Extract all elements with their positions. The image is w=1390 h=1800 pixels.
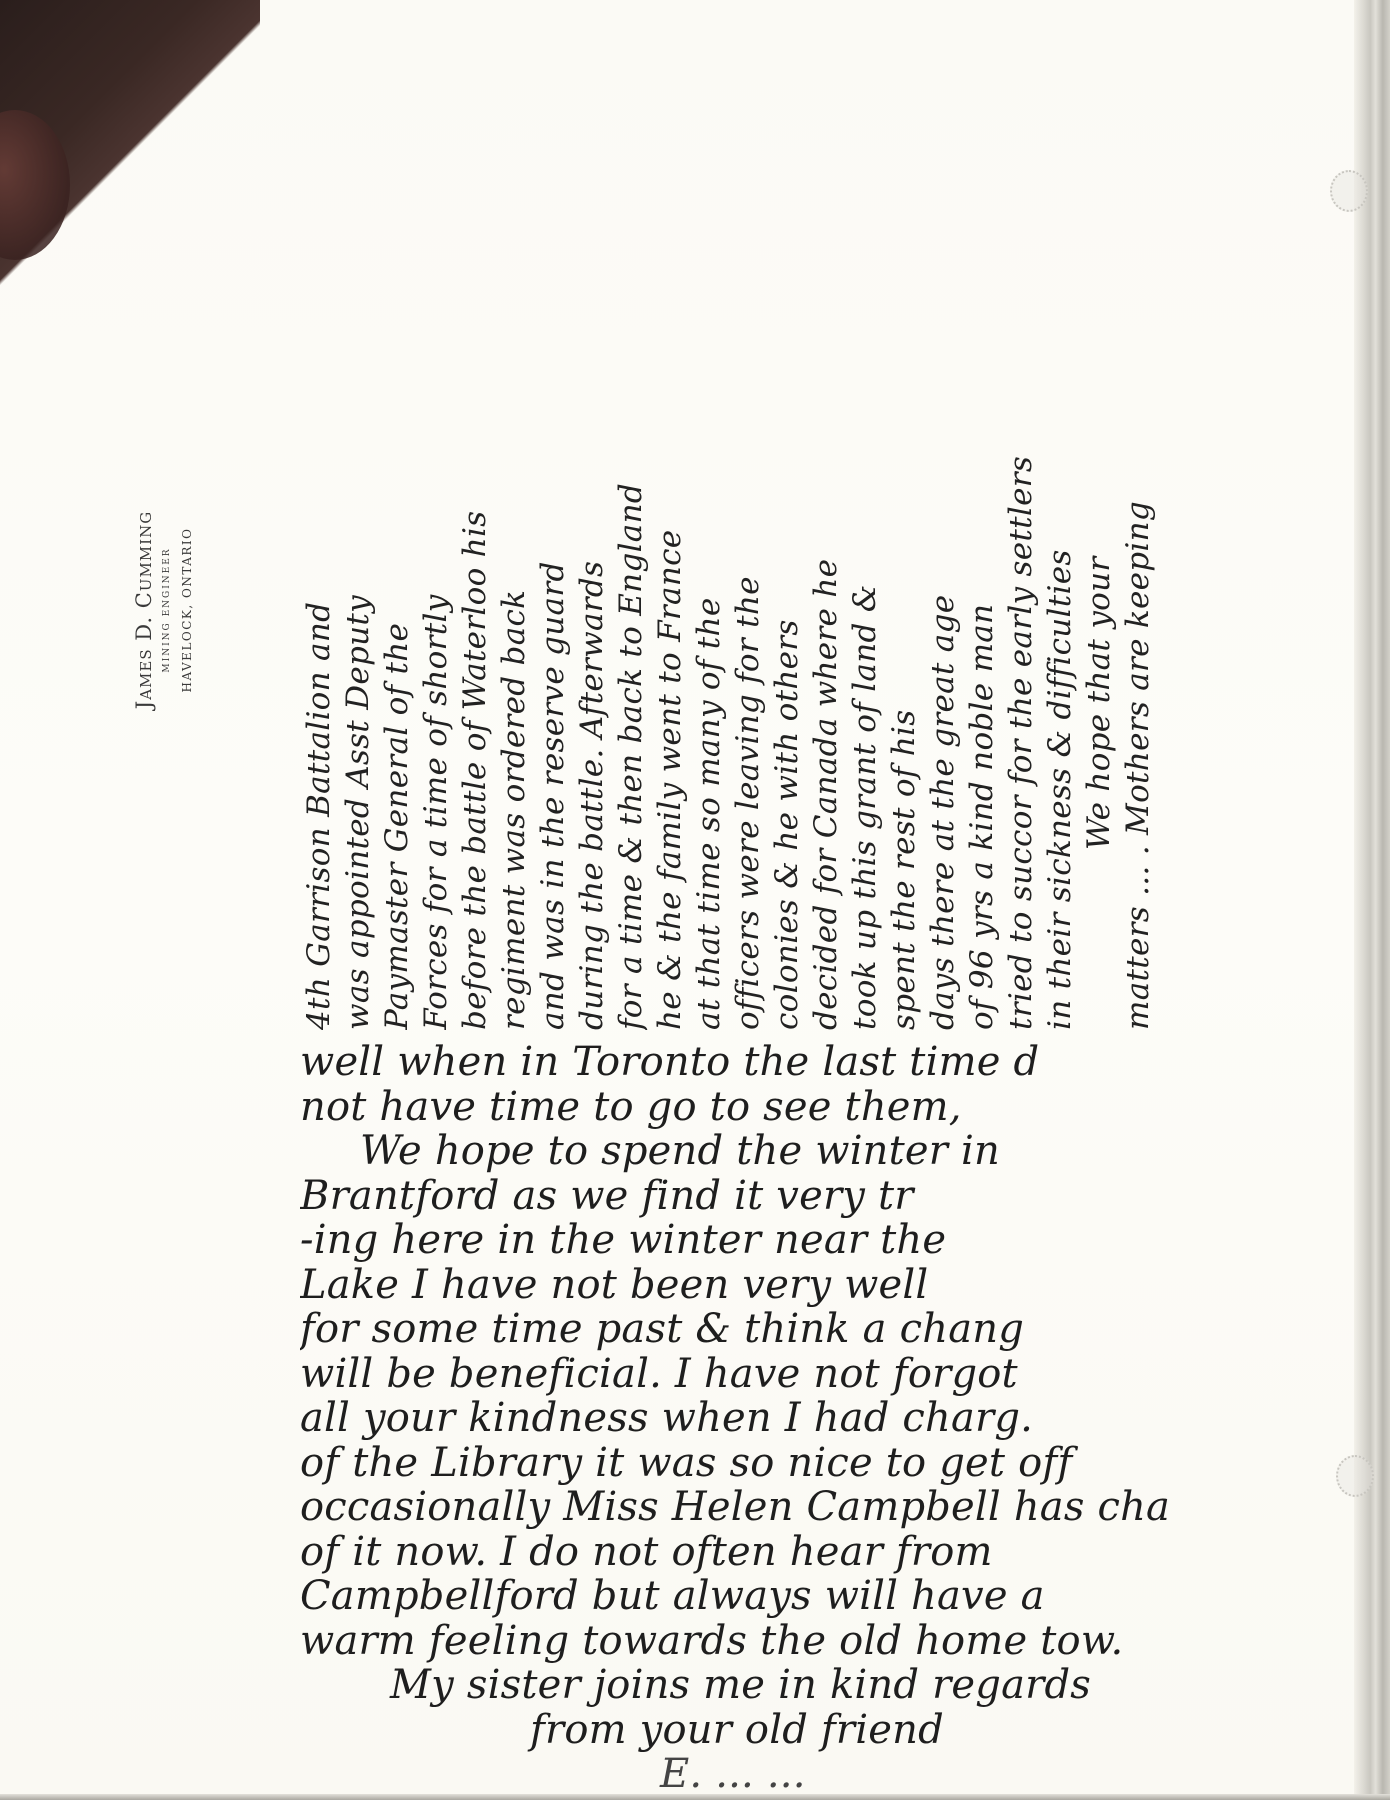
handwritten-line: regiment was ordered back (495, 200, 534, 1030)
handwritten-line: will be beneficial. I have not forgot (300, 1352, 1340, 1397)
handwritten-line: at that time so many of the (690, 200, 729, 1030)
handwritten-line: was appointed Asst Deputy (339, 200, 378, 1030)
letter-page: James D. Cumming MINING ENGINEER HAVELOC… (0, 0, 1390, 1800)
handwritten-line: matters ... . Mothers are keeping (1119, 200, 1158, 1030)
horizontal-handwriting-section: well when in Toronto the last time d not… (300, 1040, 1340, 1800)
letterhead-title: MINING ENGINEER (162, 547, 172, 672)
handwritten-line: took up this grant of land & (846, 200, 885, 1030)
letterhead: James D. Cumming MINING ENGINEER HAVELOC… (118, 420, 238, 800)
handwritten-line: officers were leaving for the (729, 200, 768, 1030)
handwritten-line: warm feeling towards the old home tow. (300, 1619, 1340, 1664)
handwritten-line: My sister joins me in kind regards (300, 1663, 1340, 1708)
handwritten-line: 4th Garrison Battalion and (300, 200, 339, 1030)
handwritten-line: -ing here in the winter near the (300, 1218, 1340, 1263)
handwritten-line: in their sickness & difficulties (1041, 200, 1080, 1030)
handwritten-line: for some time past & think a chang (300, 1307, 1340, 1352)
scan-bottom-edge (0, 1794, 1390, 1800)
handwritten-line: spent the rest of his (885, 200, 924, 1030)
handwritten-line: Brantford as we find it very tr (300, 1174, 1340, 1219)
rotated-handwriting-section: 4th Garrison Battalion and was appointed… (300, 200, 1360, 1030)
closing-line: from your old friend (300, 1708, 1340, 1753)
handwritten-line: during the battle. Afterwards (573, 200, 612, 1030)
handwritten-line: We hope that your (1080, 200, 1119, 1030)
handwritten-line: colonies & he with others (768, 200, 807, 1030)
handwritten-line: and was in the reserve guard (534, 200, 573, 1030)
handwritten-line: not have time to go to see them, (300, 1085, 1340, 1130)
handwritten-line: tried to succor for the early settlers (1002, 200, 1041, 1030)
punch-hole-icon (1336, 1455, 1374, 1497)
signature: E. ... ... (300, 1752, 1340, 1797)
handwritten-line: for a time & then back to England (612, 200, 651, 1030)
letterhead-name: James D. Cumming (132, 511, 156, 709)
letterhead-place: HAVELOCK, ONTARIO (180, 528, 194, 693)
handwritten-line: he & the family went to France (651, 200, 690, 1030)
handwritten-line: all your kindness when I had charg. (300, 1396, 1340, 1441)
handwritten-line: of 96 yrs a kind noble man (963, 200, 1002, 1030)
handwritten-line: Forces for a time of shortly (417, 200, 456, 1030)
handwritten-line: of the Library it was so nice to get off (300, 1441, 1340, 1486)
handwritten-line: Paymaster General of the (378, 200, 417, 1030)
handwritten-line: We hope to spend the winter in (300, 1129, 1340, 1174)
handwritten-line: Lake I have not been very well (300, 1263, 1340, 1308)
handwritten-line: Campbellford but always will have a (300, 1574, 1340, 1619)
handwritten-line: days there at the great age (924, 200, 963, 1030)
handwritten-line: decided for Canada where he (807, 200, 846, 1030)
handwritten-line: well when in Toronto the last time d (300, 1040, 1340, 1085)
handwritten-line: occasionally Miss Helen Campbell has cha (300, 1485, 1340, 1530)
handwritten-line: before the battle of Waterloo his (456, 200, 495, 1030)
handwritten-line: of it now. I do not often hear from (300, 1530, 1340, 1575)
